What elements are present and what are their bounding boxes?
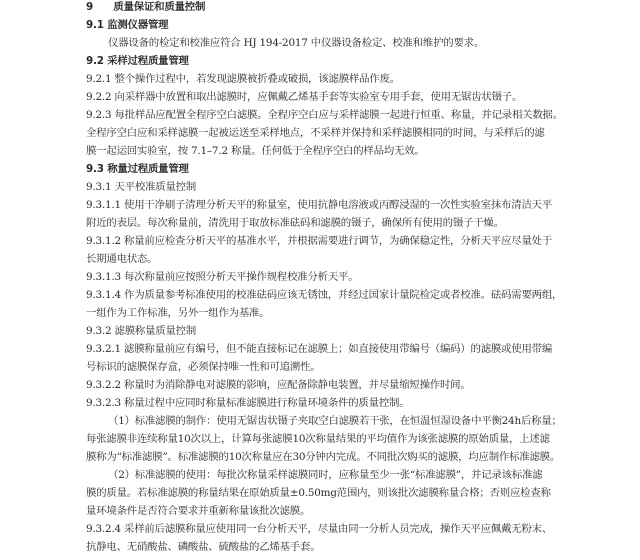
- paragraph-line: 9.3.2.1 滤膜称量前应有编号，但不能直接标记在滤膜上；如直接使用带编号（编…: [86, 342, 552, 356]
- paragraph-line: 9.3.1.3 每次称量前应按照分析天平操作规程校准分析天平。: [86, 270, 358, 284]
- paragraph-line: 号标识的滤膜保存盒，必须保持唯一性和可追溯性。: [86, 360, 320, 374]
- paragraph-line: 膜称为“标准滤膜”。标准滤膜的10次称量应在30分钟内完成。不同批次购买的滤膜，…: [86, 450, 560, 464]
- paragraph-line: 抗静电、无硝酸盐、磷酸盐、硫酸盐的乙烯基手套。: [86, 540, 320, 554]
- paragraph-line: 仪器设备的检定和校准应符合 HJ 194-2017 中仪器设备检定、校准和维护的…: [86, 36, 484, 50]
- paragraph-line: 9.3.1.4 作为质量参考标准使用的校准砝码应该无锈蚀，并经过国家计量院检定或…: [86, 288, 562, 302]
- paragraph-line: 一组作为工作标准，另外一组作为基准。: [86, 306, 269, 320]
- paragraph-line: 附近的表层。每次称量前，清洗用于取放标准砝码和滤膜的镊子，确保所有使用的镊子干燥…: [86, 216, 504, 230]
- paragraph-line: （1）标准滤膜的制作：使用无锯齿状镊子夹取空白滤膜若干张，在恒温恒湿设备中平衡2…: [86, 414, 562, 428]
- section-title: 质量保证和质量控制: [113, 1, 205, 13]
- paragraph-line: 9.3.2.3 称量过程中应同时称量标准滤膜进行称量环境条件的质量控制。: [86, 396, 409, 410]
- paragraph-line: 9.2.1 整个操作过程中，若发现滤膜被折叠或破损，该滤膜样品作废。: [86, 72, 400, 86]
- paragraph-line: 每张滤膜非连续称量10次以上，计算每张滤膜10次称量结果的平均值作为该张滤膜的原…: [86, 432, 550, 446]
- paragraph-line: 9.3.1 天平校准质量控制: [86, 180, 196, 194]
- paragraph-line: （2）标准滤膜的使用：每批次称量采样滤膜同时，应称量至少一张“标准滤膜”，并记录…: [86, 468, 542, 482]
- subsection-heading: 9.1 监测仪器管理: [86, 18, 168, 32]
- paragraph-line: 9.2.3 每批样品应配置全程序空白滤膜。全程序空白应与采样滤膜一起进行恒重、称…: [86, 108, 563, 122]
- subsection-heading: 9.3 称量过程质量管理: [86, 162, 189, 176]
- paragraph-line: 9.3.1.2 称量前应检查分析天平的基准水平，并根据需要进行调节，为确保稳定性…: [86, 234, 552, 248]
- paragraph-line: 膜的质量。若标准滤膜的称量结果在原始质量±0.50mg范围内，则该批次滤膜称量合…: [86, 486, 551, 500]
- paragraph-line: 全程序空白应和采样滤膜一起被运送至采样地点，不采样并保持和采样滤膜相同的时间，与…: [86, 126, 545, 140]
- paragraph-line: 9.3.2 滤膜称量质量控制: [86, 324, 196, 338]
- subsection-heading: 9.2 采样过程质量管理: [86, 54, 189, 68]
- paragraph-line: 膜一起运回实验室，按 7.1–7.2 称量。任何低于全程序空白的样品均无效。: [86, 144, 425, 158]
- paragraph-line: 9.3.2.4 采样前后滤膜称量应使用同一台分析天平，尽量由同一分析人员完成，操…: [86, 522, 552, 536]
- paragraph-line: 9.2.2 向采样器中放置和取出滤膜时，应佩戴乙烯基手套等实验室专用手套，使用无…: [86, 90, 522, 104]
- section-heading: 9 质量保证和质量控制: [86, 0, 205, 14]
- section-number: 9: [86, 0, 110, 14]
- paragraph-line: 量环境条件是否符合要求并重新称量该批次滤膜。: [86, 504, 310, 518]
- paragraph-line: 长期通电状态。: [86, 252, 157, 266]
- paragraph-line: 9.3.2.2 称量时为消除静电对滤膜的影响，应配备除静电装置，并尽量缩短操作时…: [86, 378, 471, 392]
- paragraph-line: 9.3.1.1 使用干净刷子清理分析天平的称量室，使用抗静电溶液或丙醇浸湿的一次…: [86, 198, 552, 212]
